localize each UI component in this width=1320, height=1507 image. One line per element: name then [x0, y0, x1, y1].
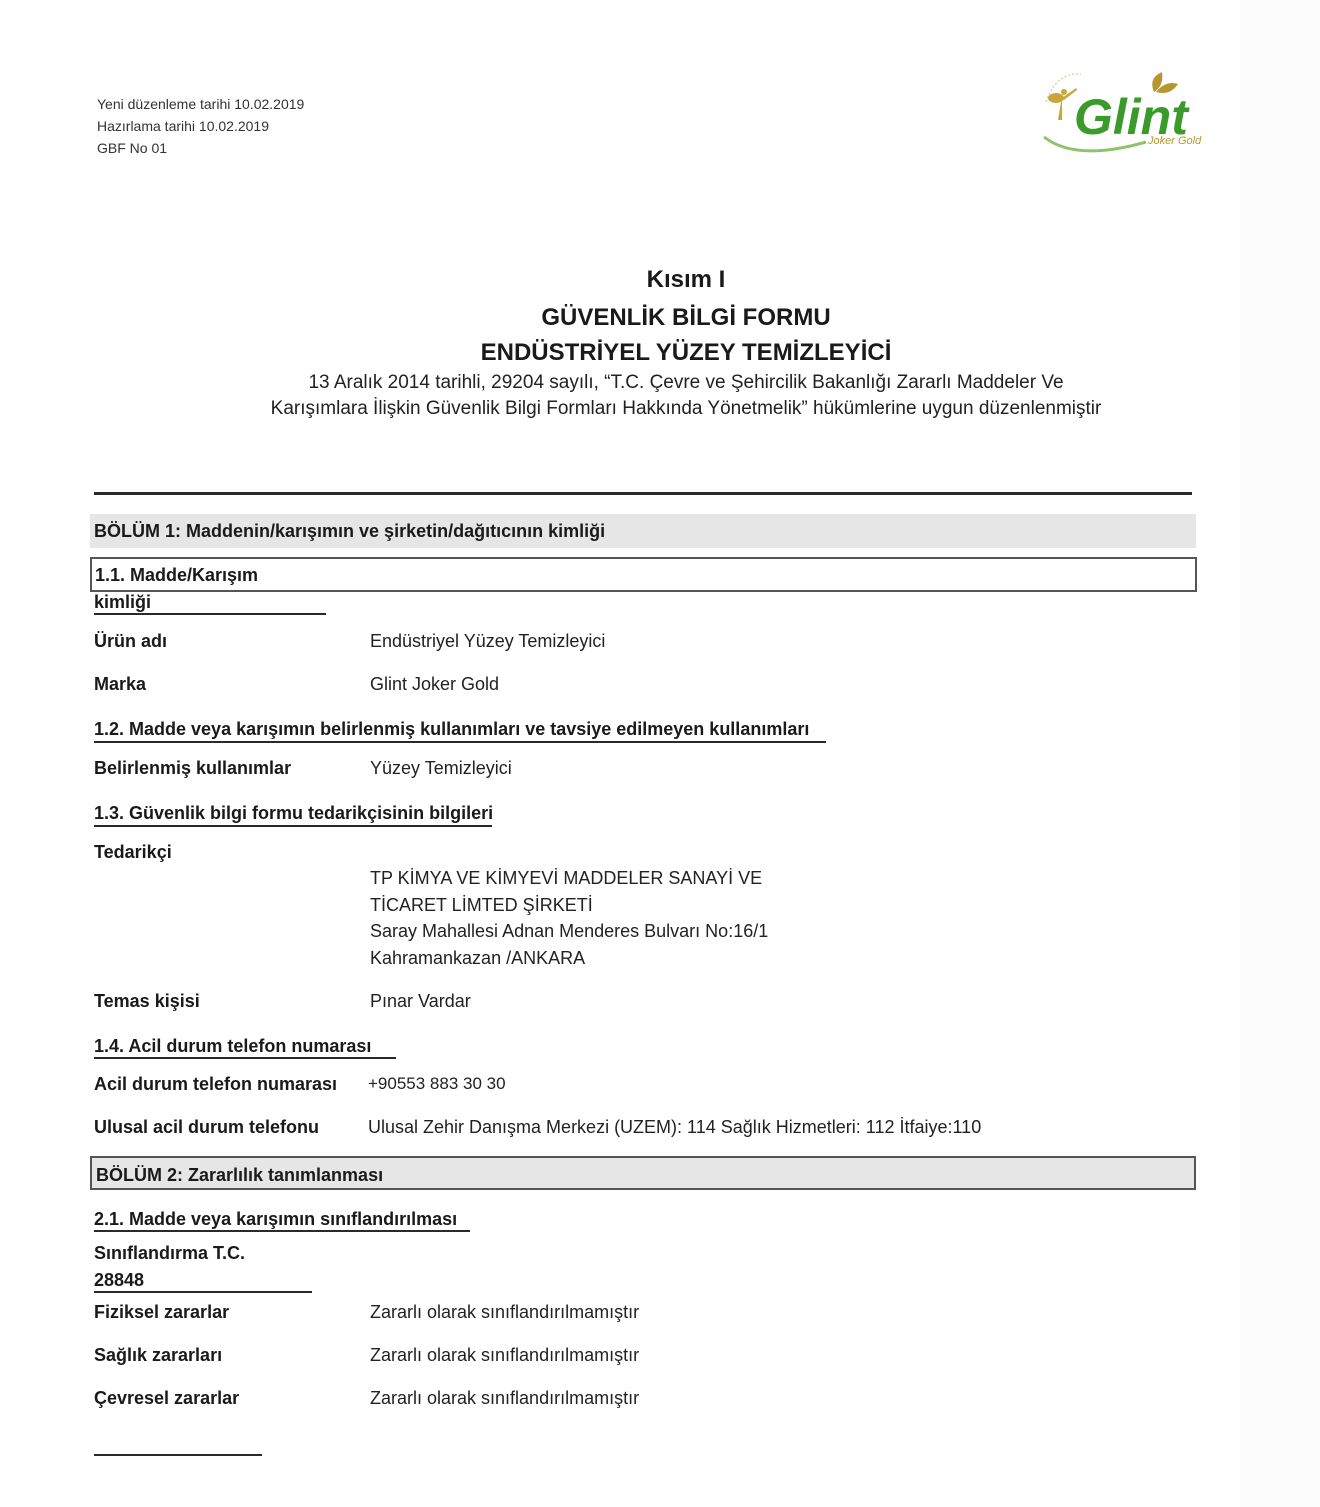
supplier-label: Tedarikçi: [94, 842, 172, 863]
underline: [94, 825, 492, 827]
product-title: ENDÜSTRİYEL YÜZEY TEMİZLEYİCİ: [0, 339, 1320, 367]
brand-label: Marka: [94, 674, 146, 695]
emergency-phone-value: +90553 883 30 30: [368, 1074, 506, 1094]
physical-hazards-value: Zararlı olarak sınıflandırılmamıştır: [370, 1302, 639, 1323]
subsection-1-1-heading: 1.1. Madde/Karışım: [90, 557, 1197, 592]
section-1-heading: BÖLÜM 1: Maddenin/karışımın ve şirketin/…: [90, 514, 1196, 548]
page-margin: [1240, 0, 1320, 1507]
emergency-phone-label: Acil durum telefon numarası: [94, 1074, 337, 1095]
subsection-2-1-heading: 2.1. Madde veya karışımın sınıflandırılm…: [94, 1209, 457, 1230]
underline: [94, 613, 326, 615]
section-2-heading: BÖLÜM 2: Zararlılık tanımlanması: [90, 1156, 1196, 1190]
subsection-1-2-heading: 1.2. Madde veya karışımın belirlenmiş ku…: [94, 719, 809, 740]
health-hazards-value: Zararlı olarak sınıflandırılmamıştır: [370, 1345, 639, 1366]
gbf-number: GBF No 01: [97, 137, 304, 159]
subsection-1-3-heading: 1.3. Güvenlik bilgi formu tedarikçisinin…: [94, 803, 493, 824]
underline: [94, 741, 826, 743]
fairy-leaf-logo-icon: Glint Joker Gold: [1036, 62, 1216, 162]
underline: [94, 1291, 312, 1293]
product-name-label: Ürün adı: [94, 631, 167, 652]
identified-uses-value: Yüzey Temizleyici: [370, 758, 512, 779]
national-emergency-value: Ulusal Zehir Danışma Merkezi (UZEM): 114…: [368, 1117, 981, 1138]
footnote-divider: [94, 1454, 262, 1456]
svg-text:Joker Gold: Joker Gold: [1147, 135, 1202, 147]
supplier-address: TP KİMYA VE KİMYEVİ MADDELER SANAYİ VE T…: [370, 865, 768, 971]
subsection-1-1-heading-cont: kimliği: [94, 592, 151, 613]
brand-value: Glint Joker Gold: [370, 674, 499, 695]
contact-person-value: Pınar Vardar: [370, 991, 471, 1012]
identified-uses-label: Belirlenmiş kullanımlar: [94, 758, 291, 779]
regulation-note: 13 Aralık 2014 tarihli, 29204 sayılı, “T…: [0, 370, 1320, 422]
part-title: Kısım I: [0, 266, 1320, 294]
glint-logo: Glint Joker Gold: [1036, 62, 1216, 162]
physical-hazards-label: Fiziksel zararlar: [94, 1302, 229, 1323]
classification-label: Sınıflandırma T.C. 28848: [94, 1240, 245, 1293]
underline: [94, 1230, 470, 1232]
document-meta: Yeni düzenleme tarihi 10.02.2019 Hazırla…: [97, 93, 304, 159]
contact-person-label: Temas kişisi: [94, 991, 200, 1012]
environmental-hazards-value: Zararlı olarak sınıflandırılmamıştır: [370, 1388, 639, 1409]
environmental-hazards-label: Çevresel zararlar: [94, 1388, 239, 1409]
health-hazards-label: Sağlık zararları: [94, 1345, 222, 1366]
underline: [94, 1057, 396, 1059]
national-emergency-label: Ulusal acil durum telefonu: [94, 1117, 319, 1138]
revision-date: Yeni düzenleme tarihi 10.02.2019: [97, 93, 304, 115]
preparation-date: Hazırlama tarihi 10.02.2019: [97, 115, 304, 137]
product-name-value: Endüstriyel Yüzey Temizleyici: [370, 631, 605, 652]
form-title: GÜVENLİK BİLGİ FORMU: [0, 304, 1320, 332]
subsection-1-4-heading: 1.4. Acil durum telefon numarası: [94, 1036, 371, 1057]
divider: [94, 492, 1192, 495]
